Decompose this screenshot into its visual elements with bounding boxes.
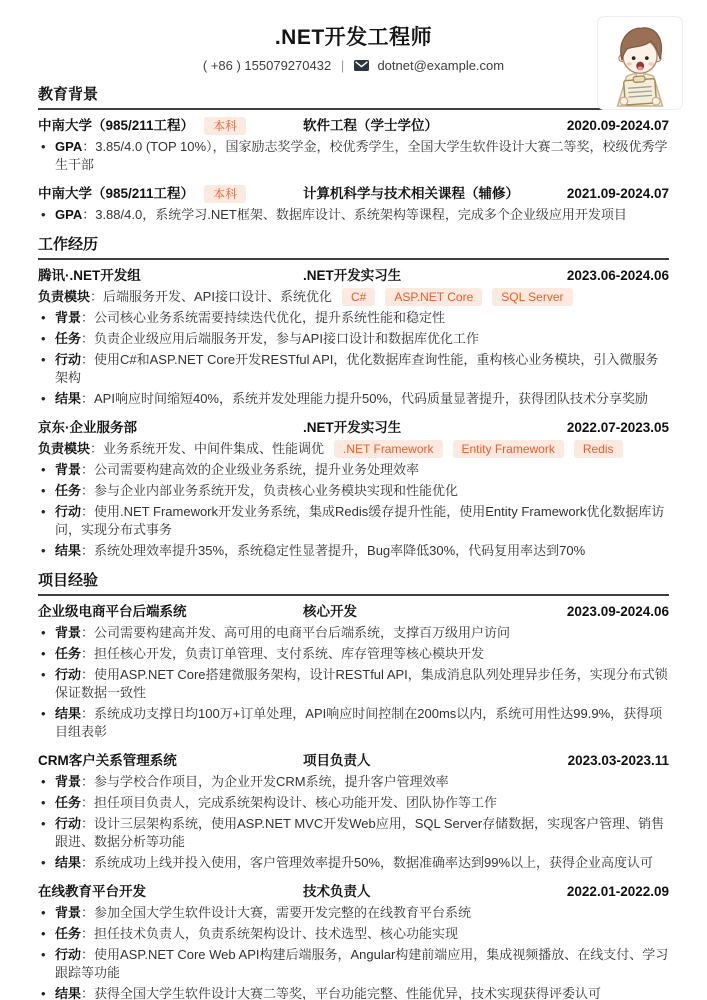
- star-bullet: 结果：系统成功上线并投入使用，客户管理效率提升50%，数据准确率达到99%以上，…: [38, 854, 669, 872]
- bullet-label: 行动: [55, 504, 81, 519]
- bullet-label: 背景: [55, 774, 81, 789]
- bullet-label: 结果: [55, 706, 81, 721]
- bullet-text: ：系统处理效率提升35%，系统稳定性显著提升，Bug率降低30%，代码复用率达到…: [81, 543, 585, 558]
- bullet-label: 背景: [55, 905, 81, 920]
- bullet-text: ：公司需要构建高并发、高可用的电商平台后端系统，支撑百万级用户访问: [81, 625, 510, 640]
- section-work: 工作经历 腾讯·.NET开发组 .NET开发实习生 2023.06-2024.0…: [38, 236, 669, 560]
- bullet-label: 背景: [55, 310, 81, 325]
- job-entry-header: 腾讯·.NET开发组 .NET开发实习生 2023.06-2024.06: [38, 267, 669, 285]
- project-role: 核心开发: [303, 603, 567, 621]
- star-bullet: 行动：使用ASP.NET Core搭建微服务架构，设计RESTful API，集…: [38, 666, 669, 702]
- star-bullet: 背景：参与学校合作项目，为企业开发CRM系统，提升客户管理效率: [38, 773, 669, 791]
- contact-separator: |: [341, 58, 344, 73]
- bullet-text: ：参与学校合作项目，为企业开发CRM系统，提升客户管理效率: [81, 774, 449, 789]
- star-bullet: 任务：担任核心开发，负责订单管理、支付系统、库存管理等核心模块开发: [38, 645, 669, 663]
- bullet-label: GPA: [55, 207, 82, 222]
- bullet-text: ：参加全国大学生软件设计大赛，需要开发完整的在线教育平台系统: [81, 905, 471, 920]
- gpa-bullet: GPA：3.88/4.0，系统学习.NET框架、数据库设计、系统架构等课程，完成…: [38, 206, 669, 224]
- star-bullet: 结果：获得全国大学生软件设计大赛二等奖，平台功能完整、性能优异，技术实现获得评委…: [38, 985, 669, 1000]
- bullet-label: 任务: [55, 926, 81, 941]
- bullet-text: ：参与企业内部业务系统开发，负责核心业务模块实现和性能优化: [81, 483, 458, 498]
- bullet-label: 结果: [55, 986, 81, 1000]
- module-line: 负责模块：后端服务开发、API接口设计、系统优化C#ASP.NET CoreSQ…: [38, 287, 669, 306]
- tech-tag: Redis: [574, 440, 623, 458]
- project-entry-header: CRM客户关系管理系统 项目负责人 2023.03-2023.11: [38, 752, 669, 770]
- bullet-label: 任务: [55, 646, 81, 661]
- tech-tag: C#: [342, 288, 375, 306]
- major: 计算机科学与技术相关课程（辅修）: [303, 185, 567, 203]
- module-text: ：业务系统开发、中间件集成、性能调优: [90, 441, 324, 456]
- bullet-label: GPA: [55, 139, 82, 154]
- school-name: 中南大学（985/211工程）: [38, 185, 194, 203]
- star-bullet: 行动：使用ASP.NET Core Web API构建后端服务，Angular构…: [38, 946, 669, 982]
- bullet-label: 任务: [55, 483, 81, 498]
- section-title-education: 教育背景: [38, 86, 669, 110]
- section-title-projects: 项目经验: [38, 572, 669, 596]
- bullet-label: 任务: [55, 795, 81, 810]
- star-bullet: 行动：使用C#和ASP.NET Core开发RESTful API，优化数据库查…: [38, 351, 669, 387]
- project-name: 在线教育平台开发: [38, 883, 146, 901]
- date-range: 2022.01-2022.09: [567, 883, 669, 901]
- bullet-label: 行动: [55, 352, 81, 367]
- bullet-text: ：公司核心业务系统需要持续迭代优化，提升系统性能和稳定性: [81, 310, 445, 325]
- bullet-text: ：担任核心开发，负责订单管理、支付系统、库存管理等核心模块开发: [81, 646, 484, 661]
- bullet-text: ：设计三层架构系统，使用ASP.NET MVC开发Web应用，SQL Serve…: [55, 816, 664, 849]
- project-role: 技术负责人: [303, 883, 567, 901]
- email-icon: [354, 58, 369, 75]
- module-label: 负责模块: [38, 289, 90, 304]
- tech-tag: .NET Framework: [334, 440, 442, 458]
- date-range: 2022.07-2023.05: [567, 419, 669, 437]
- star-bullet: 任务：担任项目负责人，完成系统架构设计、核心功能开发、团队协作等工作: [38, 794, 669, 812]
- bullet-label: 行动: [55, 667, 81, 682]
- section-projects: 项目经验 企业级电商平台后端系统 核心开发 2023.09-2024.06 背景…: [38, 572, 669, 1000]
- bullet-text: ：使用ASP.NET Core Web API构建后端服务，Angular构建前…: [55, 947, 668, 980]
- bullet-text: ：担任技术负责人，负责系统架构设计、技术选型、核心功能实现: [81, 926, 458, 941]
- project-entry-header: 在线教育平台开发 技术负责人 2022.01-2022.09: [38, 883, 669, 901]
- project-role: 项目负责人: [303, 752, 568, 770]
- bullet-text: ：使用.NET Framework开发业务系统，集成Redis缓存提升性能，使用…: [55, 504, 664, 537]
- bullet-text: ：系统成功上线并投入使用，客户管理效率提升50%，数据准确率达到99%以上，获得…: [81, 855, 653, 870]
- bullet-label: 任务: [55, 331, 81, 346]
- bullet-text: ：3.88/4.0，系统学习.NET框架、数据库设计、系统架构等课程，完成多个企…: [82, 207, 627, 222]
- degree-badge: 本科: [204, 117, 246, 135]
- date-range: 2023.03-2023.11: [568, 752, 669, 770]
- job-entry-header: 京东·企业服务部 .NET开发实习生 2022.07-2023.05: [38, 419, 669, 437]
- bullet-text: ：负责企业级应用后端服务开发，参与API接口设计和数据库优化工作: [81, 331, 479, 346]
- project-name: CRM客户关系管理系统: [38, 752, 177, 770]
- bullet-label: 背景: [55, 625, 81, 640]
- contact-line: ( +86 ) 155079270432 | dotnet@example.co…: [38, 57, 669, 75]
- star-bullet: 背景：参加全国大学生软件设计大赛，需要开发完整的在线教育平台系统: [38, 904, 669, 922]
- section-education: 教育背景 中南大学（985/211工程） 本科 软件工程（学士学位） 2020.…: [38, 86, 669, 224]
- star-bullet: 背景：公司需要构建高效的企业级业务系统，提升业务处理效率: [38, 461, 669, 479]
- job-role: .NET开发实习生: [303, 267, 567, 285]
- bullet-text: ：3.85/4.0 (TOP 10%），国家励志奖学金，校优秀学生，全国大学生软…: [55, 139, 668, 172]
- section-title-work: 工作经历: [38, 236, 669, 260]
- module-line: 负责模块：业务系统开发、中间件集成、性能调优.NET FrameworkEnti…: [38, 439, 669, 458]
- degree-badge: 本科: [204, 185, 246, 203]
- star-bullet: 任务：参与企业内部业务系统开发，负责核心业务模块实现和性能优化: [38, 482, 669, 500]
- resume-page: .NET开发工程师 ( +86 ) 155079270432 | dotnet@…: [0, 0, 707, 1000]
- school-name: 中南大学（985/211工程）: [38, 117, 194, 135]
- star-bullet: 行动：设计三层架构系统，使用ASP.NET MVC开发Web应用，SQL Ser…: [38, 815, 669, 851]
- bullet-label: 结果: [55, 855, 81, 870]
- education-entry-header: 中南大学（985/211工程） 本科 计算机科学与技术相关课程（辅修） 2021…: [38, 185, 669, 203]
- cartoon-boy-avatar-illustration: [598, 17, 682, 109]
- tech-tag: ASP.NET Core: [385, 288, 482, 306]
- bullet-label: 结果: [55, 391, 81, 406]
- company-name: 腾讯·.NET开发组: [38, 267, 141, 285]
- project-entry-header: 企业级电商平台后端系统 核心开发 2023.09-2024.06: [38, 603, 669, 621]
- bullet-label: 行动: [55, 947, 81, 962]
- star-bullet: 背景：公司核心业务系统需要持续迭代优化，提升系统性能和稳定性: [38, 309, 669, 327]
- major: 软件工程（学士学位）: [303, 117, 567, 135]
- star-bullet: 结果：系统处理效率提升35%，系统稳定性显著提升，Bug率降低30%，代码复用率…: [38, 542, 669, 560]
- education-entry-header: 中南大学（985/211工程） 本科 软件工程（学士学位） 2020.09-20…: [38, 117, 669, 135]
- job-role: .NET开发实习生: [303, 419, 567, 437]
- page-title: .NET开发工程师: [38, 26, 669, 50]
- bullet-label: 行动: [55, 816, 81, 831]
- star-bullet: 结果：API响应时间缩短40%，系统并发处理能力提升50%，代码质量显著提升，获…: [38, 390, 669, 408]
- bullet-text: ：使用ASP.NET Core搭建微服务架构，设计RESTful API，集成消…: [55, 667, 668, 700]
- gpa-bullet: GPA：3.85/4.0 (TOP 10%），国家励志奖学金，校优秀学生，全国大…: [38, 138, 669, 174]
- phone-number: ( +86 ) 155079270432: [203, 58, 331, 73]
- date-range: 2020.09-2024.07: [567, 117, 669, 135]
- tech-tag: SQL Server: [492, 288, 572, 306]
- star-bullet: 背景：公司需要构建高并发、高可用的电商平台后端系统，支撑百万级用户访问: [38, 624, 669, 642]
- bullet-text: ：公司需要构建高效的企业级业务系统，提升业务处理效率: [81, 462, 419, 477]
- date-range: 2023.09-2024.06: [567, 603, 669, 621]
- bullet-text: ：系统成功支撑日均100万+订单处理，API响应时间控制在200ms以内，系统可…: [55, 706, 662, 739]
- email-address: dotnet@example.com: [377, 58, 504, 73]
- star-bullet: 行动：使用.NET Framework开发业务系统，集成Redis缓存提升性能，…: [38, 503, 669, 539]
- bullet-text: ：担任项目负责人，完成系统架构设计、核心功能开发、团队协作等工作: [81, 795, 497, 810]
- tech-tag: Entity Framework: [453, 440, 564, 458]
- bullet-label: 背景: [55, 462, 81, 477]
- date-range: 2021.09-2024.07: [567, 185, 669, 203]
- bullet-label: 结果: [55, 543, 81, 558]
- date-range: 2023.06-2024.06: [567, 267, 669, 285]
- module-label: 负责模块: [38, 441, 90, 456]
- bullet-text: ：使用C#和ASP.NET Core开发RESTful API，优化数据库查询性…: [55, 352, 658, 385]
- avatar: [597, 16, 683, 110]
- star-bullet: 任务：负责企业级应用后端服务开发，参与API接口设计和数据库优化工作: [38, 330, 669, 348]
- bullet-text: ：API响应时间缩短40%，系统并发处理能力提升50%，代码质量显著提升，获得团…: [81, 391, 648, 406]
- bullet-text: ：获得全国大学生软件设计大赛二等奖，平台功能完整、性能优异，技术实现获得评委认可: [81, 986, 601, 1000]
- company-name: 京东·企业服务部: [38, 419, 137, 437]
- project-name: 企业级电商平台后端系统: [38, 603, 187, 621]
- star-bullet: 任务：担任技术负责人，负责系统架构设计、技术选型、核心功能实现: [38, 925, 669, 943]
- module-text: ：后端服务开发、API接口设计、系统优化: [90, 289, 332, 304]
- star-bullet: 结果：系统成功支撑日均100万+订单处理，API响应时间控制在200ms以内，系…: [38, 705, 669, 741]
